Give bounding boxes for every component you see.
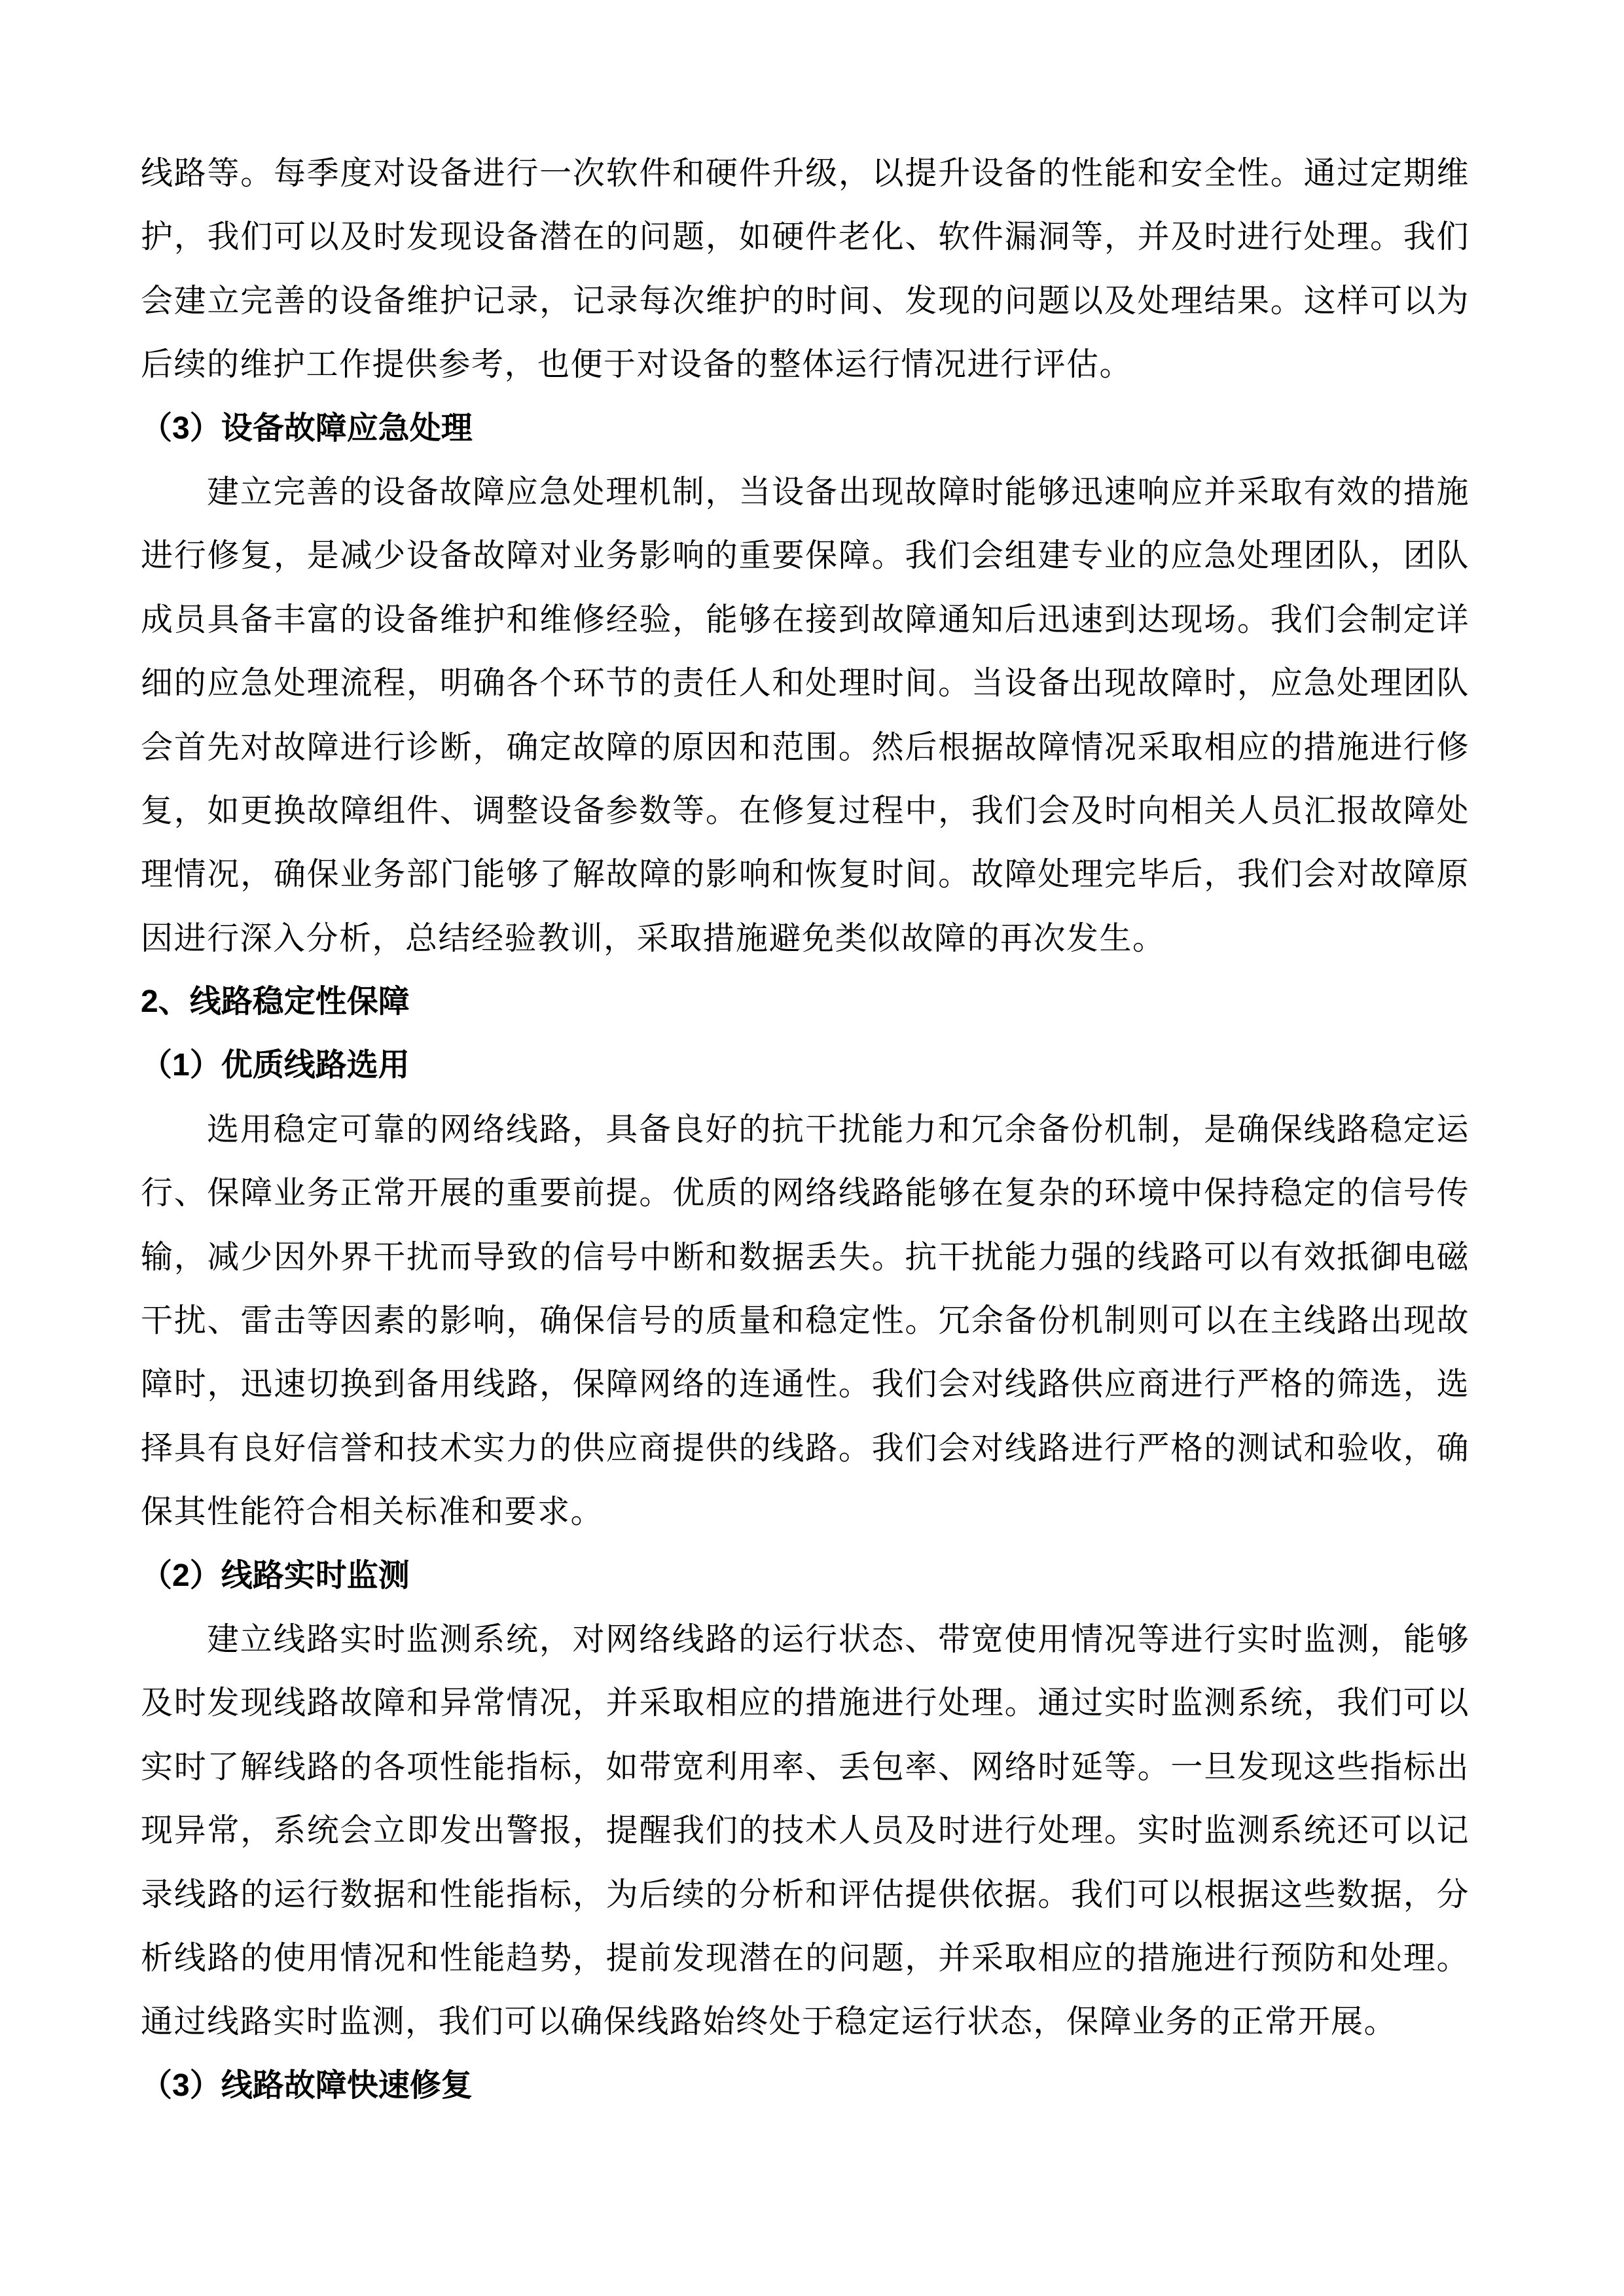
heading-equipment-fault-emergency-handling: （3）设备故障应急处理 [141, 397, 1470, 460]
body-text-line: 输，减少因外界干扰而导致的信号中断和数据丢失。抗干扰能力强的线路可以有效抵御电磁 [141, 1225, 1470, 1289]
body-text-line: 建立线路实时监测系统，对网络线路的运行状态、带宽使用情况等进行实时监测，能够 [141, 1607, 1470, 1671]
body-text-line: 干扰、雷击等因素的影响，确保信号的质量和稳定性。冗余备份机制则可以在主线路出现故 [141, 1289, 1470, 1352]
body-text-line: 保其性能符合相关标准和要求。 [141, 1480, 1470, 1543]
body-text-line: 择具有良好信誉和技术实力的供应商提供的线路。我们会对线路进行严格的测试和验收，确 [141, 1416, 1470, 1480]
body-text-line: 因进行深入分析，总结经验教训，采取措施避免类似故障的再次发生。 [141, 906, 1470, 970]
body-text-line: 理情况，确保业务部门能够了解故障的影响和恢复时间。故障处理完毕后，我们会对故障原 [141, 842, 1470, 906]
body-text-line: 现异常，系统会立即发出警报，提醒我们的技术人员及时进行处理。实时监测系统还可以记 [141, 1799, 1470, 1862]
body-text-line: 行、保障业务正常开展的重要前提。优质的网络线路能够在复杂的环境中保持稳定的信号传 [141, 1161, 1470, 1225]
body-text-line: 建立完善的设备故障应急处理机制，当设备出现故障时能够迅速响应并采取有效的措施 [141, 460, 1470, 524]
heading-line-stability-assurance: 2、线路稳定性保障 [141, 970, 1470, 1033]
body-text-line: 细的应急处理流程，明确各个环节的责任人和处理时间。当设备出现故障时，应急处理团队 [141, 651, 1470, 715]
body-text-line: 后续的维护工作提供参考，也便于对设备的整体运行情况进行评估。 [141, 332, 1470, 396]
document-text-block: 线路等。每季度对设备进行一次软件和硬件升级，以提升设备的性能和安全性。通过定期维… [141, 141, 1470, 2117]
body-text-line: 线路等。每季度对设备进行一次软件和硬件升级，以提升设备的性能和安全性。通过定期维 [141, 141, 1470, 205]
document-page: 线路等。每季度对设备进行一次软件和硬件升级，以提升设备的性能和安全性。通过定期维… [0, 0, 1624, 2296]
body-text-line: 会建立完善的设备维护记录，记录每次维护的时间、发现的问题以及处理结果。这样可以为 [141, 269, 1470, 332]
body-text-line: 及时发现线路故障和异常情况，并采取相应的措施进行处理。通过实时监测系统，我们可以 [141, 1671, 1470, 1734]
heading-quality-line-selection: （1）优质线路选用 [141, 1033, 1470, 1097]
body-text-line: 复，如更换故障组件、调整设备参数等。在修复过程中，我们会及时向相关人员汇报故障处 [141, 779, 1470, 842]
heading-line-fault-quick-repair: （3）线路故障快速修复 [141, 2054, 1470, 2117]
body-text-line: 录线路的运行数据和性能指标，为后续的分析和评估提供依据。我们可以根据这些数据，分 [141, 1863, 1470, 1926]
body-text-line: 会首先对故障进行诊断，确定故障的原因和范围。然后根据故障情况采取相应的措施进行修 [141, 715, 1470, 779]
body-text-line: 成员具备丰富的设备维护和维修经验，能够在接到故障通知后迅速到达现场。我们会制定详 [141, 588, 1470, 651]
body-text-line: 选用稳定可靠的网络线路，具备良好的抗干扰能力和冗余备份机制，是确保线路稳定运 [141, 1098, 1470, 1161]
body-text-line: 护，我们可以及时发现设备潜在的问题，如硬件老化、软件漏洞等，并及时进行处理。我们 [141, 205, 1470, 268]
body-text-line: 进行修复，是减少设备故障对业务影响的重要保障。我们会组建专业的应急处理团队，团队 [141, 524, 1470, 587]
body-text-line: 实时了解线路的各项性能指标，如带宽利用率、丢包率、网络时延等。一旦发现这些指标出 [141, 1735, 1470, 1799]
heading-line-realtime-monitoring: （2）线路实时监测 [141, 1544, 1470, 1607]
body-text-line: 通过线路实时监测，我们可以确保线路始终处于稳定运行状态，保障业务的正常开展。 [141, 1990, 1470, 2053]
body-text-line: 析线路的使用情况和性能趋势，提前发现潜在的问题，并采取相应的措施进行预防和处理。 [141, 1926, 1470, 1990]
body-text-line: 障时，迅速切换到备用线路，保障网络的连通性。我们会对线路供应商进行严格的筛选，选 [141, 1352, 1470, 1416]
